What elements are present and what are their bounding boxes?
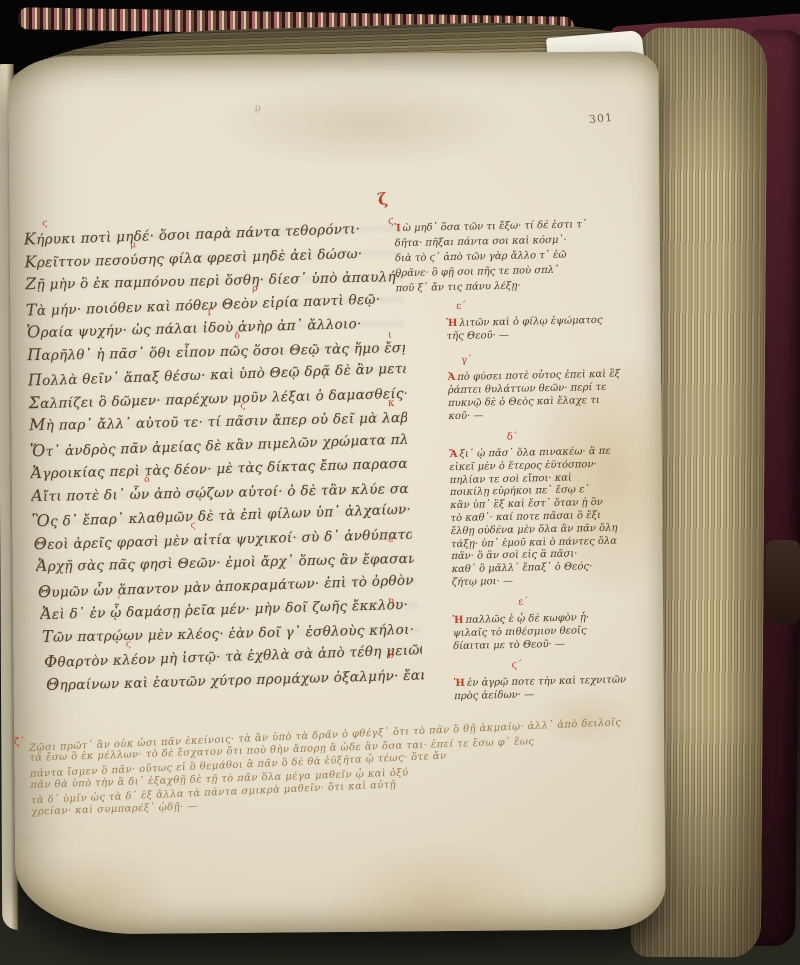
scholion-numeral: ε΄ — [456, 297, 650, 313]
rubric-margin-key: η — [388, 596, 394, 607]
rubric-initial: Ἡ — [454, 678, 465, 689]
rubric-margin-key: θ — [388, 650, 394, 661]
rubric-gloss: μ — [130, 240, 136, 250]
scholion-block: Ἄξι᾽ ᾧ πᾶσ᾽ ὅλα πινακέω· ἃ πεεἰκεῖ μὲν ὁ… — [449, 445, 656, 590]
rubric-gloss: ‹ — [117, 593, 121, 603]
rubric-gloss: ϛ — [42, 219, 47, 229]
rubric-gloss: Γ — [207, 308, 214, 318]
rubric-gloss: δ — [234, 331, 240, 341]
rubric-initial: Ἄ — [449, 449, 458, 460]
rubric-initial: Ἡ — [453, 615, 464, 626]
rubric-initial: Ἀ — [447, 372, 455, 383]
scholion-block: Ἰὼ μηδ᾽ ὅσα τῶν τι ἔξω· τί δέ ἐστι τ᾽δῆτ… — [394, 216, 650, 296]
scholion-numeral: γ΄ — [461, 351, 651, 367]
quire-mark: ρ — [255, 103, 261, 114]
rubric-margin-key: ι — [388, 330, 392, 341]
scholion-block: Ἡλιτῶν καὶ ὁ φίλῳ ἑψώματοςτῆς Θεοῦ· — — [446, 313, 650, 343]
main-text-block: Κήρυκι ποτὶ μηδέ· ὅσοι παρὰ πάντα τεθορό… — [24, 216, 415, 696]
rubric-gloss: ρ — [252, 283, 258, 293]
scholion-block: Ἡἐν ἀγρῷ ποτε τὴν καὶ τεχνιτῶνπρὸς ἀείδω… — [454, 673, 658, 703]
rubric-margin-key: ε — [388, 534, 393, 545]
folio-number: 301 — [588, 111, 613, 126]
rubric-initial: Ἰ — [394, 223, 401, 234]
rubric-margin-key: ϛ — [388, 216, 394, 227]
rubric-gloss: ϛ — [126, 640, 131, 650]
scholion-block: Ἀπὸ φύσει ποτὲ οὗτος ἐπεὶ καὶ ἓξῥάπτει θ… — [447, 367, 652, 423]
rubric-gloss: ὁ — [144, 474, 150, 484]
rubric-gloss: ϛ — [191, 520, 196, 530]
scholion-numeral: δ΄ — [507, 429, 653, 444]
clasp-remnant — [766, 540, 800, 624]
scholia-column: ζ Ἰὼ μηδ᾽ ὅσα τῶν τι ἔξω· τί δέ ἐστι τ᾽δ… — [444, 190, 659, 703]
rubric-margin-key: κ — [388, 398, 394, 409]
manuscript-photograph: 301 ρ Κήρυκι ποτὶ μηδέ· ὅσοι παρὰ πάντα … — [0, 0, 800, 965]
footer-rubric-mark: ζ΄ — [14, 737, 24, 748]
scholion-numeral: ε΄ — [518, 594, 656, 609]
rubric-gloss: ϛ — [240, 401, 245, 411]
scholion-block: Ἡπαλλῶς ἐ ᾧ δὲ κωφὸν ᾖ·ψιλαῖς τὸ πιθέσμι… — [452, 610, 657, 653]
rubric-initial: Ἡ — [446, 318, 457, 329]
scholion-numeral: ϛ΄ — [511, 657, 657, 672]
